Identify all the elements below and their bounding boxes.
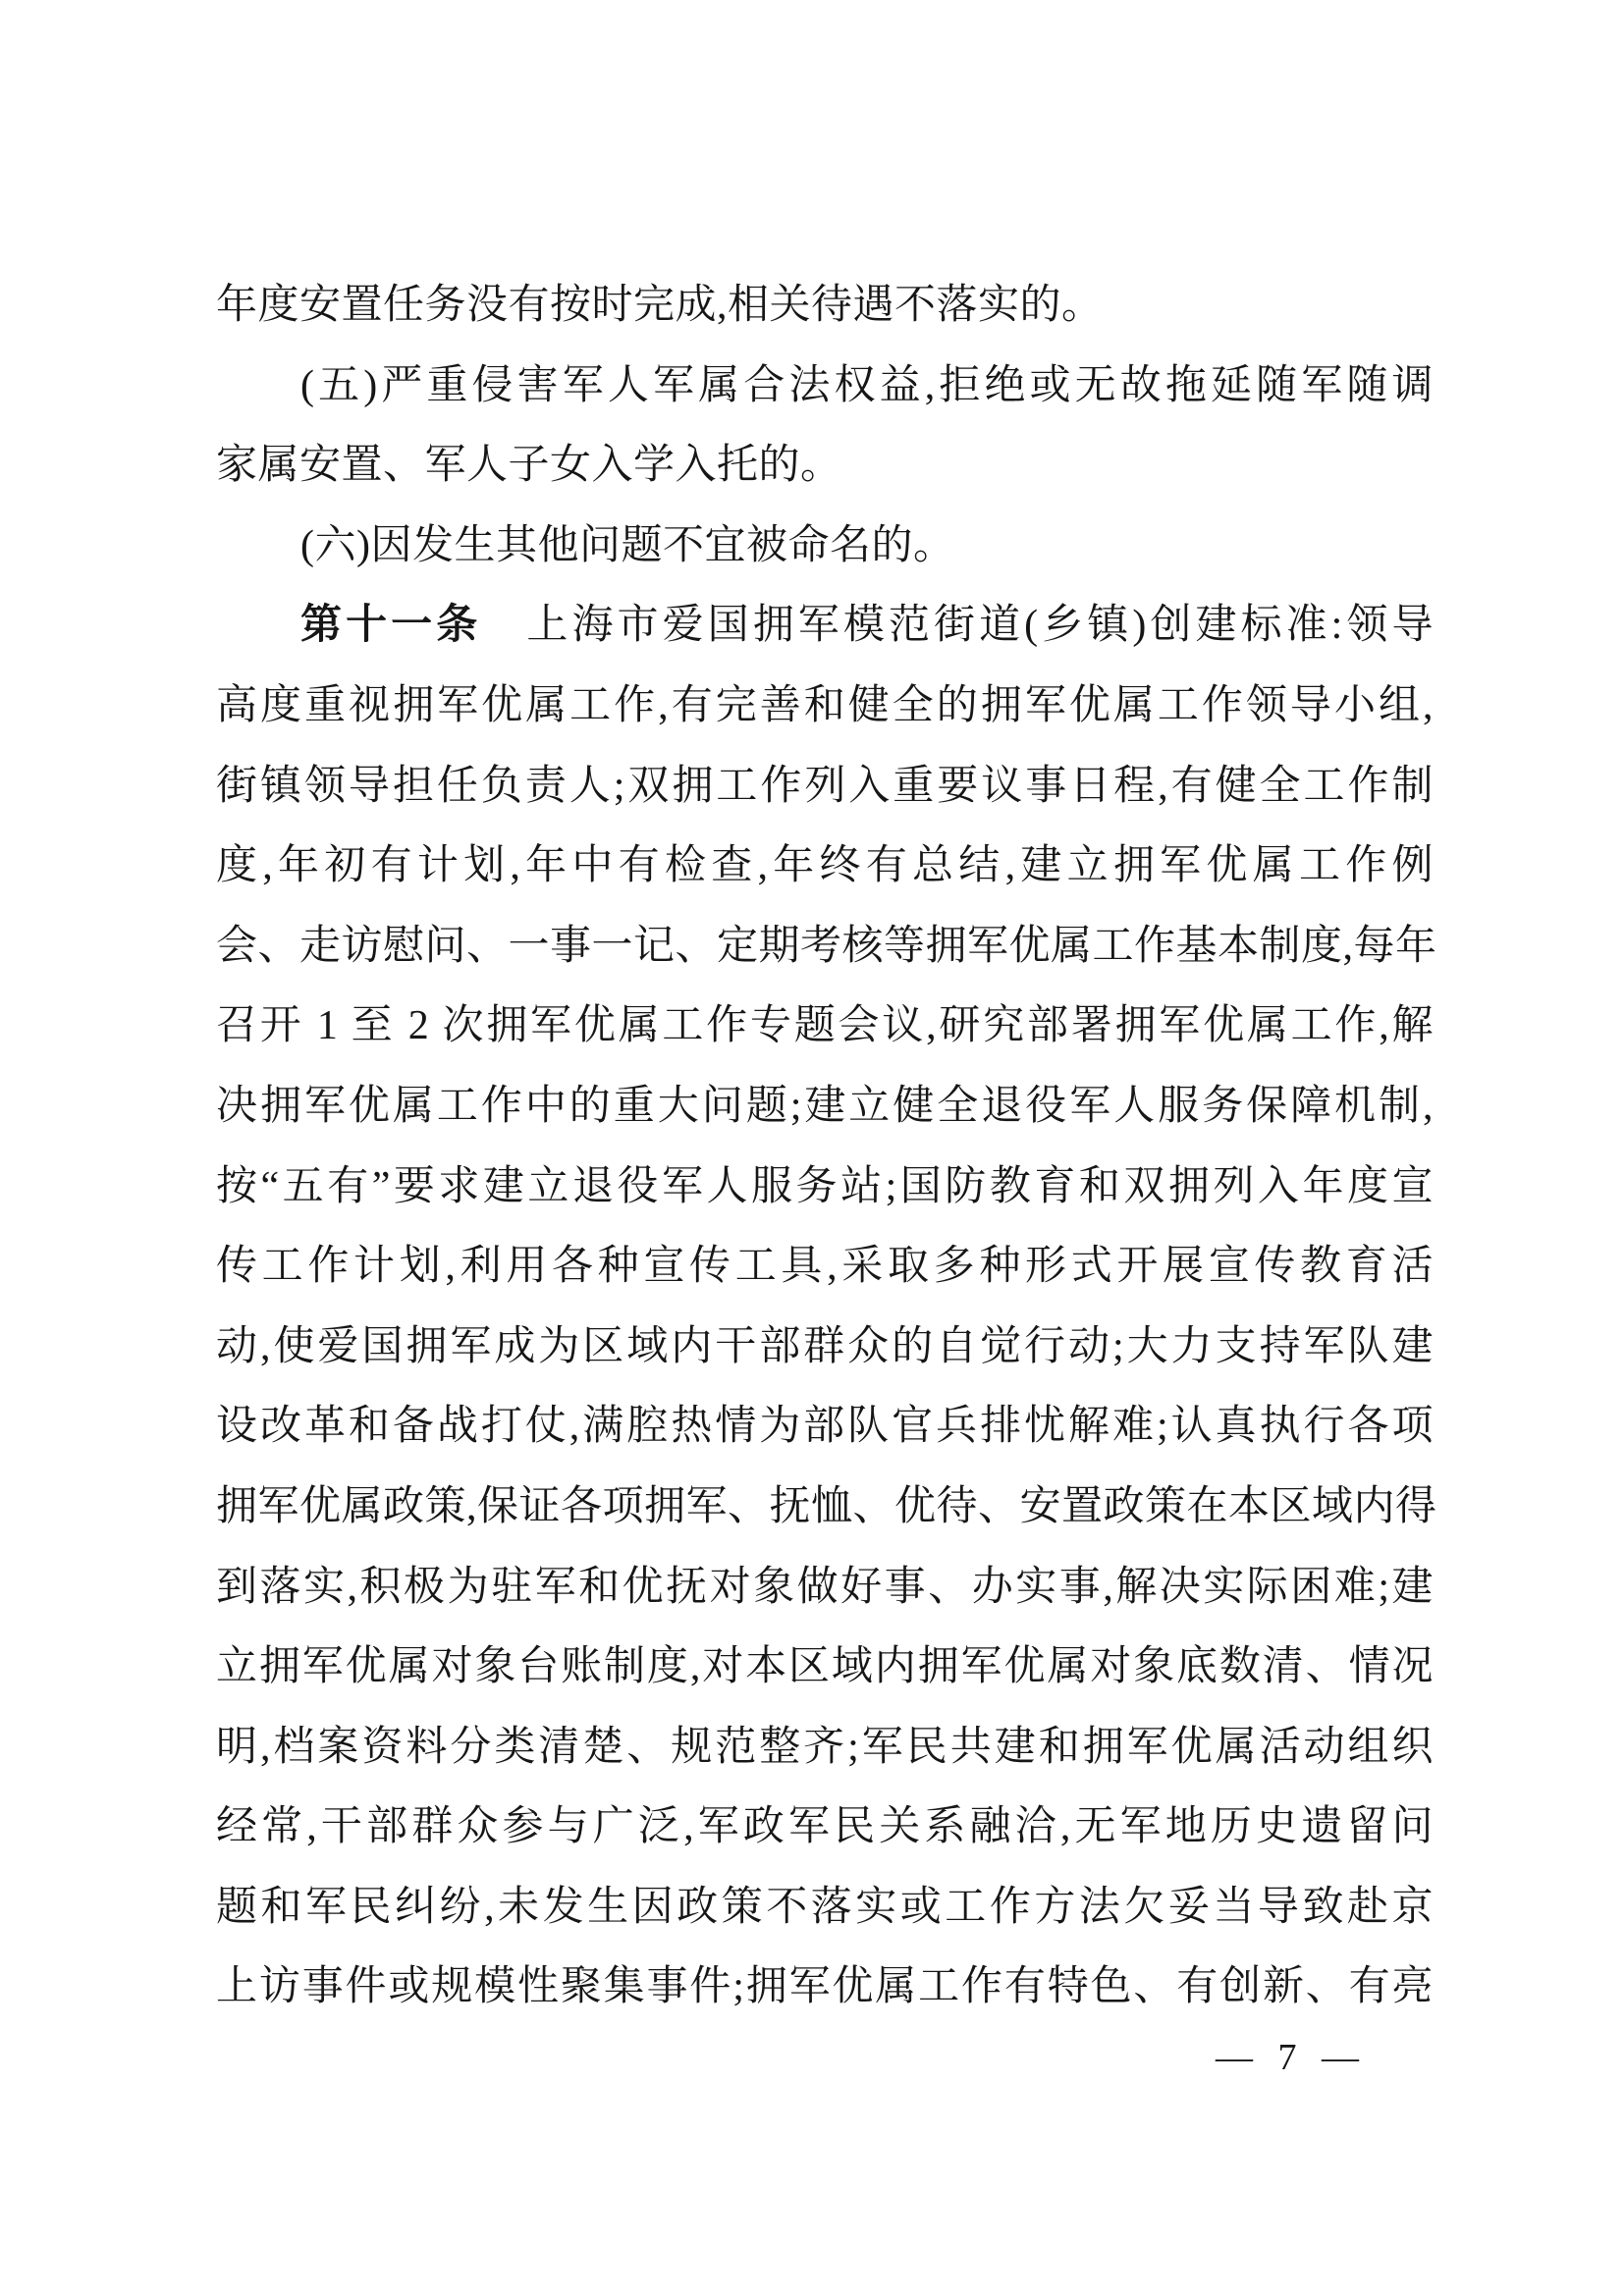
text-line: (六)因发生其他问题不宜被命名的。 [216,507,1434,587]
line-text: 按“五有”要求建立退役军人服务站;国防教育和双拥列入年度宣 [216,1164,1434,1209]
text-line: 立拥军优属对象台账制度,对本区域内拥军优属对象底数清、情况 [216,1628,1434,1708]
line-text: 立拥军优属对象台账制度,对本区域内拥军优属对象底数清、情况 [216,1644,1434,1689]
line-text: 街镇领导担任负责人;双拥工作列入重要议事日程,有健全工作制 [216,764,1434,809]
text-line: 度,年初有计划,年中有检查,年终有总结,建立拥军优属工作例 [216,827,1434,907]
line-text: 动,使爱国拥军成为区域内干部群众的自觉行动;大力支持军队建 [216,1324,1434,1369]
text-line: 决拥军优属工作中的重大问题;建立健全退役军人服务保障机制, [216,1067,1434,1148]
text-line: 明,档案资料分类清楚、规范整齐;军民共建和拥军优属活动组织 [216,1708,1434,1789]
text-line: (五)严重侵害军人军属合法权益,拒绝或无故拖延随军随调 [216,347,1434,427]
document-body: 年度安置任务没有按时完成,相关待遇不落实的。(五)严重侵害军人军属合法权益,拒绝… [216,266,1434,2028]
line-text: 上海市爱国拥军模范街道(乡镇)创建标准:领导 [481,603,1434,648]
text-line: 拥军优属政策,保证各项拥军、抚恤、优待、安置政策在本区域内得 [216,1468,1434,1548]
text-line: 街镇领导担任负责人;双拥工作列入重要议事日程,有健全工作制 [216,747,1434,828]
text-line: 召开 1 至 2 次拥军优属工作专题会议,研究部署拥军优属工作,解 [216,987,1434,1067]
text-line: 上访事件或规模性聚集事件;拥军优属工作有特色、有创新、有亮 [216,1948,1434,2028]
page-number: — 7 — [1216,2034,1359,2081]
text-line: 按“五有”要求建立退役军人服务站;国防教育和双拥列入年度宣 [216,1148,1434,1228]
text-line: 年度安置任务没有按时完成,相关待遇不落实的。 [216,266,1434,347]
text-line: 传工作计划,利用各种宣传工具,采取多种形式开展宣传教育活 [216,1227,1434,1308]
line-text: 设改革和备战打仗,满腔热情为部队官兵排忧解难;认真执行各项 [216,1404,1434,1449]
text-line: 设改革和备战打仗,满腔热情为部队官兵排忧解难;认真执行各项 [216,1387,1434,1468]
text-line: 到落实,积极为驻军和优抚对象做好事、办实事,解决实际困难;建 [216,1548,1434,1629]
line-text: 召开 1 至 2 次拥军优属工作专题会议,研究部署拥军优属工作,解 [216,1003,1434,1048]
line-text: 题和军民纠纷,未发生因政策不落实或工作方法欠妥当导致赴京 [216,1885,1434,1930]
line-text: 明,档案资料分类清楚、规范整齐;军民共建和拥军优属活动组织 [216,1725,1434,1770]
line-text: 决拥军优属工作中的重大问题;建立健全退役军人服务保障机制, [216,1084,1434,1129]
line-text: 到落实,积极为驻军和优抚对象做好事、办实事,解决实际困难;建 [216,1565,1434,1610]
line-text: 会、走访慰问、一事一记、定期考核等拥军优属工作基本制度,每年 [216,924,1437,969]
text-line: 家属安置、军人子女入学入托的。 [216,426,1434,507]
line-text: 度,年初有计划,年中有检查,年终有总结,建立拥军优属工作例 [216,843,1434,888]
line-text: 传工作计划,利用各种宣传工具,采取多种形式开展宣传教育活 [216,1244,1434,1289]
text-line: 题和军民纠纷,未发生因政策不落实或工作方法欠妥当导致赴京 [216,1868,1434,1949]
line-text: (六)因发生其他问题不宜被命名的。 [300,523,954,568]
line-text: 年度安置任务没有按时完成,相关待遇不落实的。 [216,283,1104,328]
text-line: 高度重视拥军优属工作,有完善和健全的拥军优属工作领导小组, [216,667,1434,747]
text-line: 第十一条 上海市爱国拥军模范街道(乡镇)创建标准:领导 [216,586,1434,667]
line-text: 高度重视拥军优属工作,有完善和健全的拥军优属工作领导小组, [216,683,1434,728]
document-page: 年度安置任务没有按时完成,相关待遇不落实的。(五)严重侵害军人军属合法权益,拒绝… [0,0,1624,2296]
text-line: 会、走访慰问、一事一记、定期考核等拥军优属工作基本制度,每年 [216,907,1434,988]
article-number: 第十一条 [300,603,481,648]
text-line: 动,使爱国拥军成为区域内干部群众的自觉行动;大力支持军队建 [216,1308,1434,1388]
text-line: 经常,干部群众参与广泛,军政军民关系融洽,无军地历史遗留问 [216,1788,1434,1868]
line-text: 家属安置、军人子女入学入托的。 [216,443,842,488]
line-text: 上访事件或规模性聚集事件;拥军优属工作有特色、有创新、有亮 [216,1964,1434,2009]
line-text: 拥军优属政策,保证各项拥军、抚恤、优待、安置政策在本区域内得 [216,1484,1437,1529]
line-text: 经常,干部群众参与广泛,军政军民关系融洽,无军地历史遗留问 [216,1804,1434,1849]
line-text: (五)严重侵害军人军属合法权益,拒绝或无故拖延随军随调 [300,363,1434,408]
